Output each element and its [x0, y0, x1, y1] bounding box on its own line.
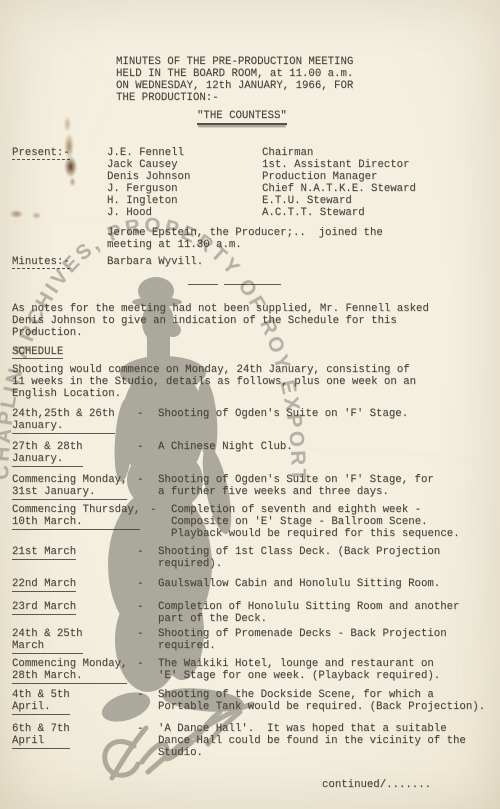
schedule-dash: - [137, 723, 158, 735]
schedule-date-text: 24th,25th & 26th January. [12, 408, 115, 434]
document-page: CHAPLIN ARCHIVES, PROPERTY OF ROY EXPORT [0, 0, 500, 809]
schedule-date-text: 6th & 7th April [12, 723, 70, 749]
attendee-row: J.E. Fennell Chairman [107, 147, 416, 159]
schedule-date: 24th & 25th March [12, 628, 137, 654]
present-label: Present:- [12, 147, 70, 159]
schedule-desc: 'A Dance Hall'. It was hoped that a suit… [158, 723, 492, 759]
schedule-date-text: 23rd March [12, 601, 76, 615]
paper-crease [37, 23, 113, 83]
schedule-date-text: 27th & 28th January. [12, 441, 83, 467]
schedule-heading: SCHEDULE [12, 346, 63, 358]
continued-note: continued/....... [322, 779, 431, 791]
schedule-date: 21st March [12, 546, 137, 560]
schedule-row: 22nd March - Gaulswallow Cabin and Honol… [12, 578, 492, 592]
schedule-row: 6th & 7th April - 'A Dance Hall'. It was… [12, 723, 492, 759]
section-divider [224, 284, 281, 285]
attendee-role: Chief N.A.T.K.E. Steward [262, 183, 416, 195]
schedule-date: 23rd March [12, 601, 137, 615]
meeting-header: MINUTES OF THE PRE-PRODUCTION MEETING HE… [116, 56, 353, 104]
intro-paragraph: As notes for the meeting had not been su… [12, 303, 429, 339]
attendee-name: Denis Johnson [107, 171, 262, 183]
schedule-desc: Shooting of 1st Class Deck. (Back Projec… [158, 546, 492, 570]
schedule-row: 27th & 28th January. - A Chinese Night C… [12, 441, 492, 467]
attendee-row: J. Hood A.C.T.T. Steward [107, 207, 416, 219]
schedule-row: 4th & 5th April. - Shooting of the Docks… [12, 689, 492, 715]
schedule-desc: Shooting of Promenade Decks - Back Proje… [158, 628, 492, 652]
schedule-desc: Shooting of Ogden's Suite on 'F' Stage. [158, 408, 492, 420]
schedule-heading-text: SCHEDULE [12, 346, 63, 359]
schedule-desc: The Waikiki Hotel, lounge and restaurant… [158, 658, 492, 682]
schedule-date: 22nd March [12, 578, 137, 592]
ink-dot-stain [10, 210, 23, 218]
attendee-row: H. Ingleton E.T.U. Steward [107, 195, 416, 207]
schedule-dash: - [137, 578, 158, 590]
minutes-label-text: Minutes:- [12, 256, 70, 269]
production-title: "THE COUNTESS" [197, 110, 287, 125]
schedule-date: Commencing Thursday, 10th March. [12, 504, 137, 530]
schedule-desc: Gaulswallow Cabin and Honolulu Sitting R… [158, 578, 492, 590]
attendee-list: J.E. Fennell Chairman Jack Causey 1st. A… [107, 147, 416, 220]
attendee-row: Jack Causey 1st. Assistant Director [107, 159, 416, 171]
attendee-name: H. Ingleton [107, 195, 262, 207]
schedule-dash: - [137, 689, 158, 701]
schedule-row: Commencing Monday, 31st January. - Shoot… [12, 474, 492, 500]
schedule-row: Commencing Monday, 28th March. - The Wai… [12, 658, 492, 684]
schedule-date: 4th & 5th April. [12, 689, 137, 715]
attendee-role: 1st. Assistant Director [262, 159, 410, 171]
schedule-desc: A Chinese Night Club. [158, 441, 492, 453]
schedule-date: 6th & 7th April [12, 723, 137, 749]
attendee-name: J.E. Fennell [107, 147, 262, 159]
schedule-dash: - [137, 628, 158, 640]
schedule-row: 23rd March - Completion of Honolulu Sitt… [12, 601, 492, 625]
schedule-dash: - [137, 408, 158, 420]
schedule-desc: Completion of Honolulu Sitting Room and … [158, 601, 492, 625]
schedule-dash: - [137, 441, 158, 453]
schedule-date-text: 24th & 25th March [12, 628, 83, 654]
attendee-role: Chairman [262, 147, 313, 159]
ink-dot-stain [32, 212, 41, 219]
section-divider [188, 284, 218, 285]
schedule-dash: - [150, 504, 171, 516]
schedule-date: Commencing Monday, 28th March. [12, 658, 137, 684]
schedule-intro: Shooting would commence on Monday, 24th … [12, 364, 416, 400]
schedule-date-text: 22nd March [12, 578, 76, 592]
schedule-dash: - [137, 546, 158, 558]
schedule-date: Commencing Monday, 31st January. [12, 474, 137, 500]
attendee-role: Production Manager [262, 171, 377, 183]
producer-note: Jerome Epstein, the Producer;.. joined t… [107, 227, 383, 251]
schedule-desc: Shooting of the Dockside Scene, for whic… [158, 689, 492, 713]
schedule-row: 21st March - Shooting of 1st Class Deck.… [12, 546, 492, 570]
schedule-date: 27th & 28th January. [12, 441, 137, 467]
minutes-taker: Barbara Wyvill. [107, 256, 203, 268]
schedule-desc: Completion of seventh and eighth week - … [171, 504, 492, 540]
minutes-label: Minutes:- [12, 256, 70, 268]
schedule-dash: - [137, 474, 158, 486]
attendee-row: J. Ferguson Chief N.A.T.K.E. Steward [107, 183, 416, 195]
schedule-dash: - [137, 601, 158, 613]
schedule-date-text: Commencing Monday, 28th March. [12, 658, 127, 684]
attendee-name: J. Hood [107, 207, 262, 219]
schedule-date-text: Commencing Monday, 31st January. [12, 474, 127, 500]
schedule-date-text: 4th & 5th April. [12, 689, 70, 715]
present-label-text: Present:- [12, 147, 70, 160]
schedule-date: 24th,25th & 26th January. [12, 408, 137, 434]
schedule-desc: Shooting of Ogden's Suite on 'F' Stage, … [158, 474, 492, 498]
schedule-date-text: Commencing Thursday, 10th March. [12, 504, 140, 530]
schedule-date-text: 21st March [12, 546, 76, 560]
schedule-row: 24th & 25th March - Shooting of Promenad… [12, 628, 492, 654]
attendee-name: J. Ferguson [107, 183, 262, 195]
attendee-row: Denis Johnson Production Manager [107, 171, 416, 183]
schedule-row: Commencing Thursday, 10th March. - Compl… [12, 504, 492, 540]
schedule-dash: - [137, 658, 158, 670]
attendee-role: A.C.T.T. Steward [262, 207, 365, 219]
attendee-role: E.T.U. Steward [262, 195, 352, 207]
schedule-row: 24th,25th & 26th January. - Shooting of … [12, 408, 492, 434]
attendee-name: Jack Causey [107, 159, 262, 171]
